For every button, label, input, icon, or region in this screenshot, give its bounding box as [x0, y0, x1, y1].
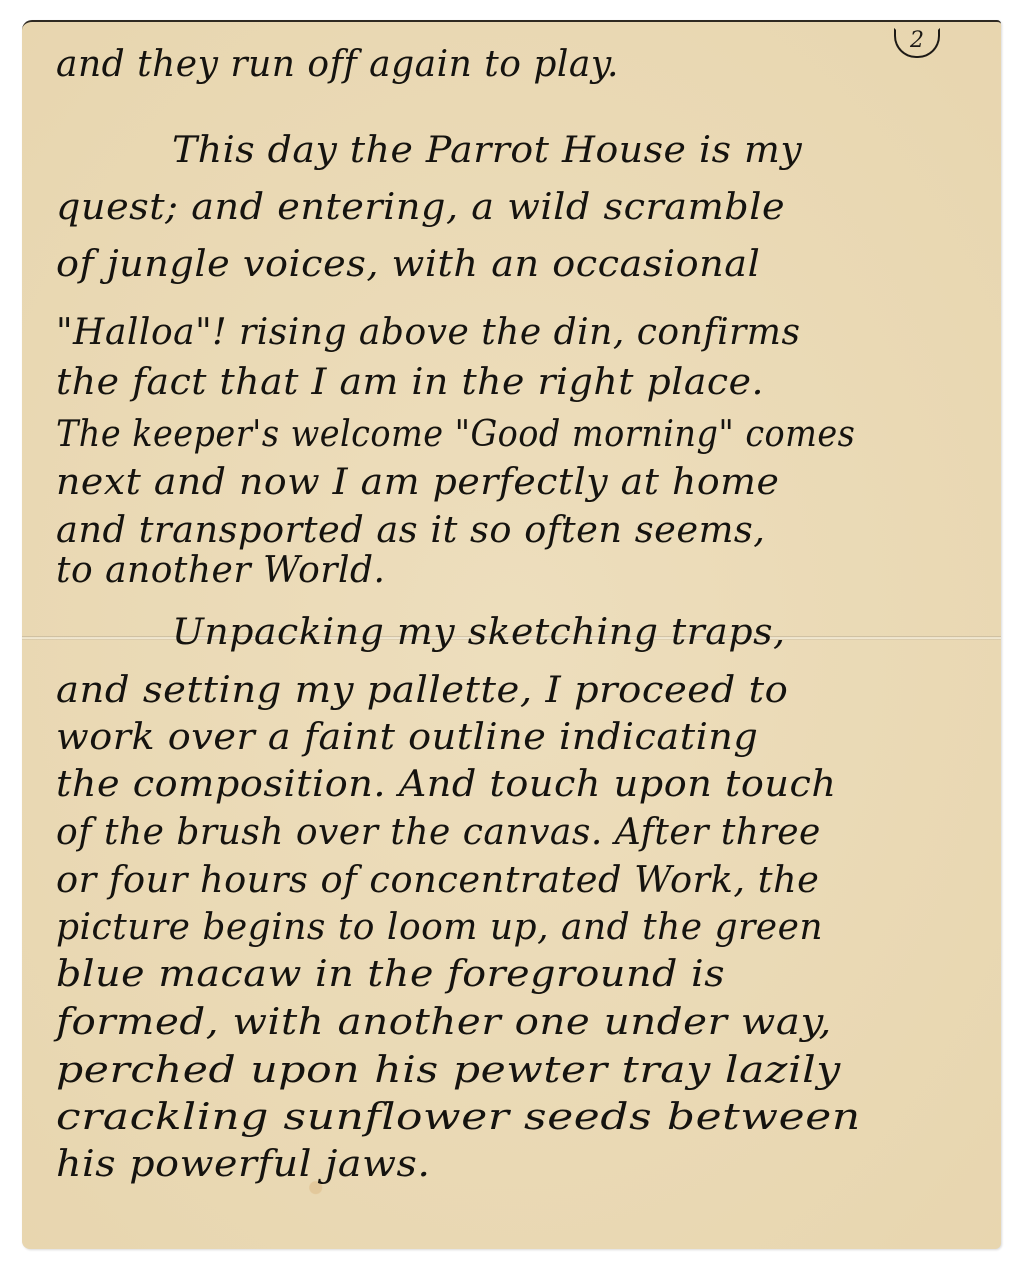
text-line: of jungle voices, with an occasional: [56, 244, 760, 285]
text-line: and they run off again to play.: [56, 44, 619, 85]
text-line: The keeper's welcome "Good morning" come…: [56, 414, 855, 455]
text-line: his powerful jaws.: [56, 1144, 431, 1185]
text-line: Unpacking my sketching traps,: [172, 612, 786, 653]
text-line: quest; and entering, a wild scramble: [56, 187, 785, 228]
text-line: "Halloa"! rising above the din, confirms: [56, 312, 800, 353]
text-line: formed, with another one under way,: [56, 1002, 832, 1043]
text-line: work over a faint outline indicating: [56, 717, 758, 758]
text-line: or four hours of concentrated Work, the: [56, 860, 819, 901]
page-number: 2: [894, 28, 940, 58]
text-line: picture begins to loom up, and the green: [56, 907, 823, 948]
text-line: the composition. And touch upon touch: [56, 764, 836, 805]
text-line: to another World.: [56, 550, 385, 591]
text-line: next and now I am perfectly at home: [56, 462, 779, 503]
text-line: perched upon his pewter tray lazily: [56, 1050, 841, 1091]
text-line: and transported as it so often seems,: [56, 510, 765, 551]
text-line: This day the Parrot House is my: [172, 130, 802, 171]
text-line: of the brush over the canvas. After thre…: [56, 812, 821, 853]
text-line: crackling sunflower seeds between: [56, 1097, 861, 1138]
text-line: blue macaw in the foreground is: [56, 954, 725, 995]
text-line: the fact that I am in the right place.: [56, 362, 764, 403]
text-line: and setting my pallette, I proceed to: [56, 670, 788, 711]
letter-page: 2 and they run off again to play. This d…: [22, 20, 1001, 1249]
